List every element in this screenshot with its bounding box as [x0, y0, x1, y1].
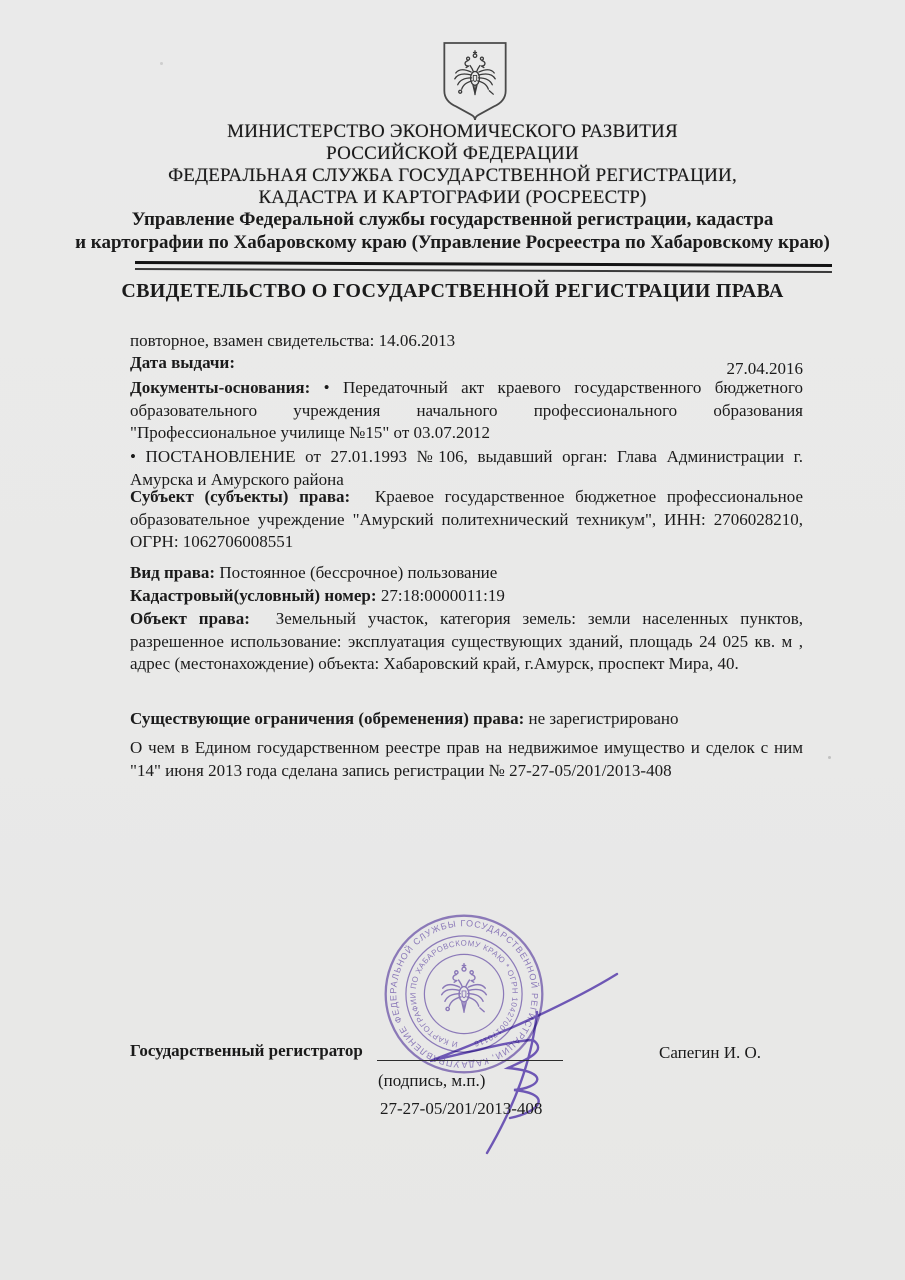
- registrar-signature: [355, 930, 655, 1165]
- signature-line: [377, 1060, 563, 1061]
- registry-record-note: О чем в Едином государственном реестре п…: [130, 737, 803, 782]
- registration-number: 27-27-05/201/2013-408: [380, 1099, 542, 1119]
- right-type-value: Постоянное (бессрочное) пользование: [219, 563, 497, 582]
- right-type-paragraph: Вид права: Постоянное (бессрочное) польз…: [130, 562, 803, 585]
- restrictions-value: не зарегистрировано: [529, 709, 679, 728]
- signature-caption: (подпись, м.п.): [378, 1071, 485, 1091]
- object-label: Объект права:: [130, 609, 264, 628]
- restrictions-paragraph: Существующие ограничения (обременения) п…: [130, 708, 803, 731]
- basis-label: Документы-основания:: [130, 378, 310, 397]
- cadastral-label: Кадастровый(условный) номер:: [130, 586, 377, 605]
- object-paragraph: Объект права: Земельный участок, категор…: [130, 608, 803, 676]
- registrar-name: Сапегин И. О.: [659, 1043, 761, 1063]
- basis-paragraph: Документы-основания: • Передаточный акт …: [130, 377, 803, 445]
- right-type-label: Вид права:: [130, 563, 215, 582]
- cadastral-value: 27:18:0000011:19: [381, 586, 505, 605]
- duplicate-note: повторное, взамен свидетельства: 14.06.2…: [130, 330, 803, 353]
- basis-item-2: • ПОСТАНОВЛЕНИЕ от 27.01.1993 №106, выда…: [130, 446, 803, 491]
- cadastral-paragraph: Кадастровый(условный) номер: 27:18:00000…: [130, 585, 803, 608]
- subject-label: Субъект (субъекты) права:: [130, 487, 364, 506]
- scan-speck: [828, 756, 831, 759]
- certificate-page: МИНИСТЕРСТВО ЭКОНОМИЧЕСКОГО РАЗВИТИЯ РОС…: [0, 0, 905, 1280]
- restrictions-label: Существующие ограничения (обременения) п…: [130, 709, 524, 728]
- scan-speck: [160, 62, 163, 65]
- registrar-label: Государственный регистратор: [130, 1041, 363, 1061]
- subject-paragraph: Субъект (субъекты) права: Краевое госуда…: [130, 486, 803, 554]
